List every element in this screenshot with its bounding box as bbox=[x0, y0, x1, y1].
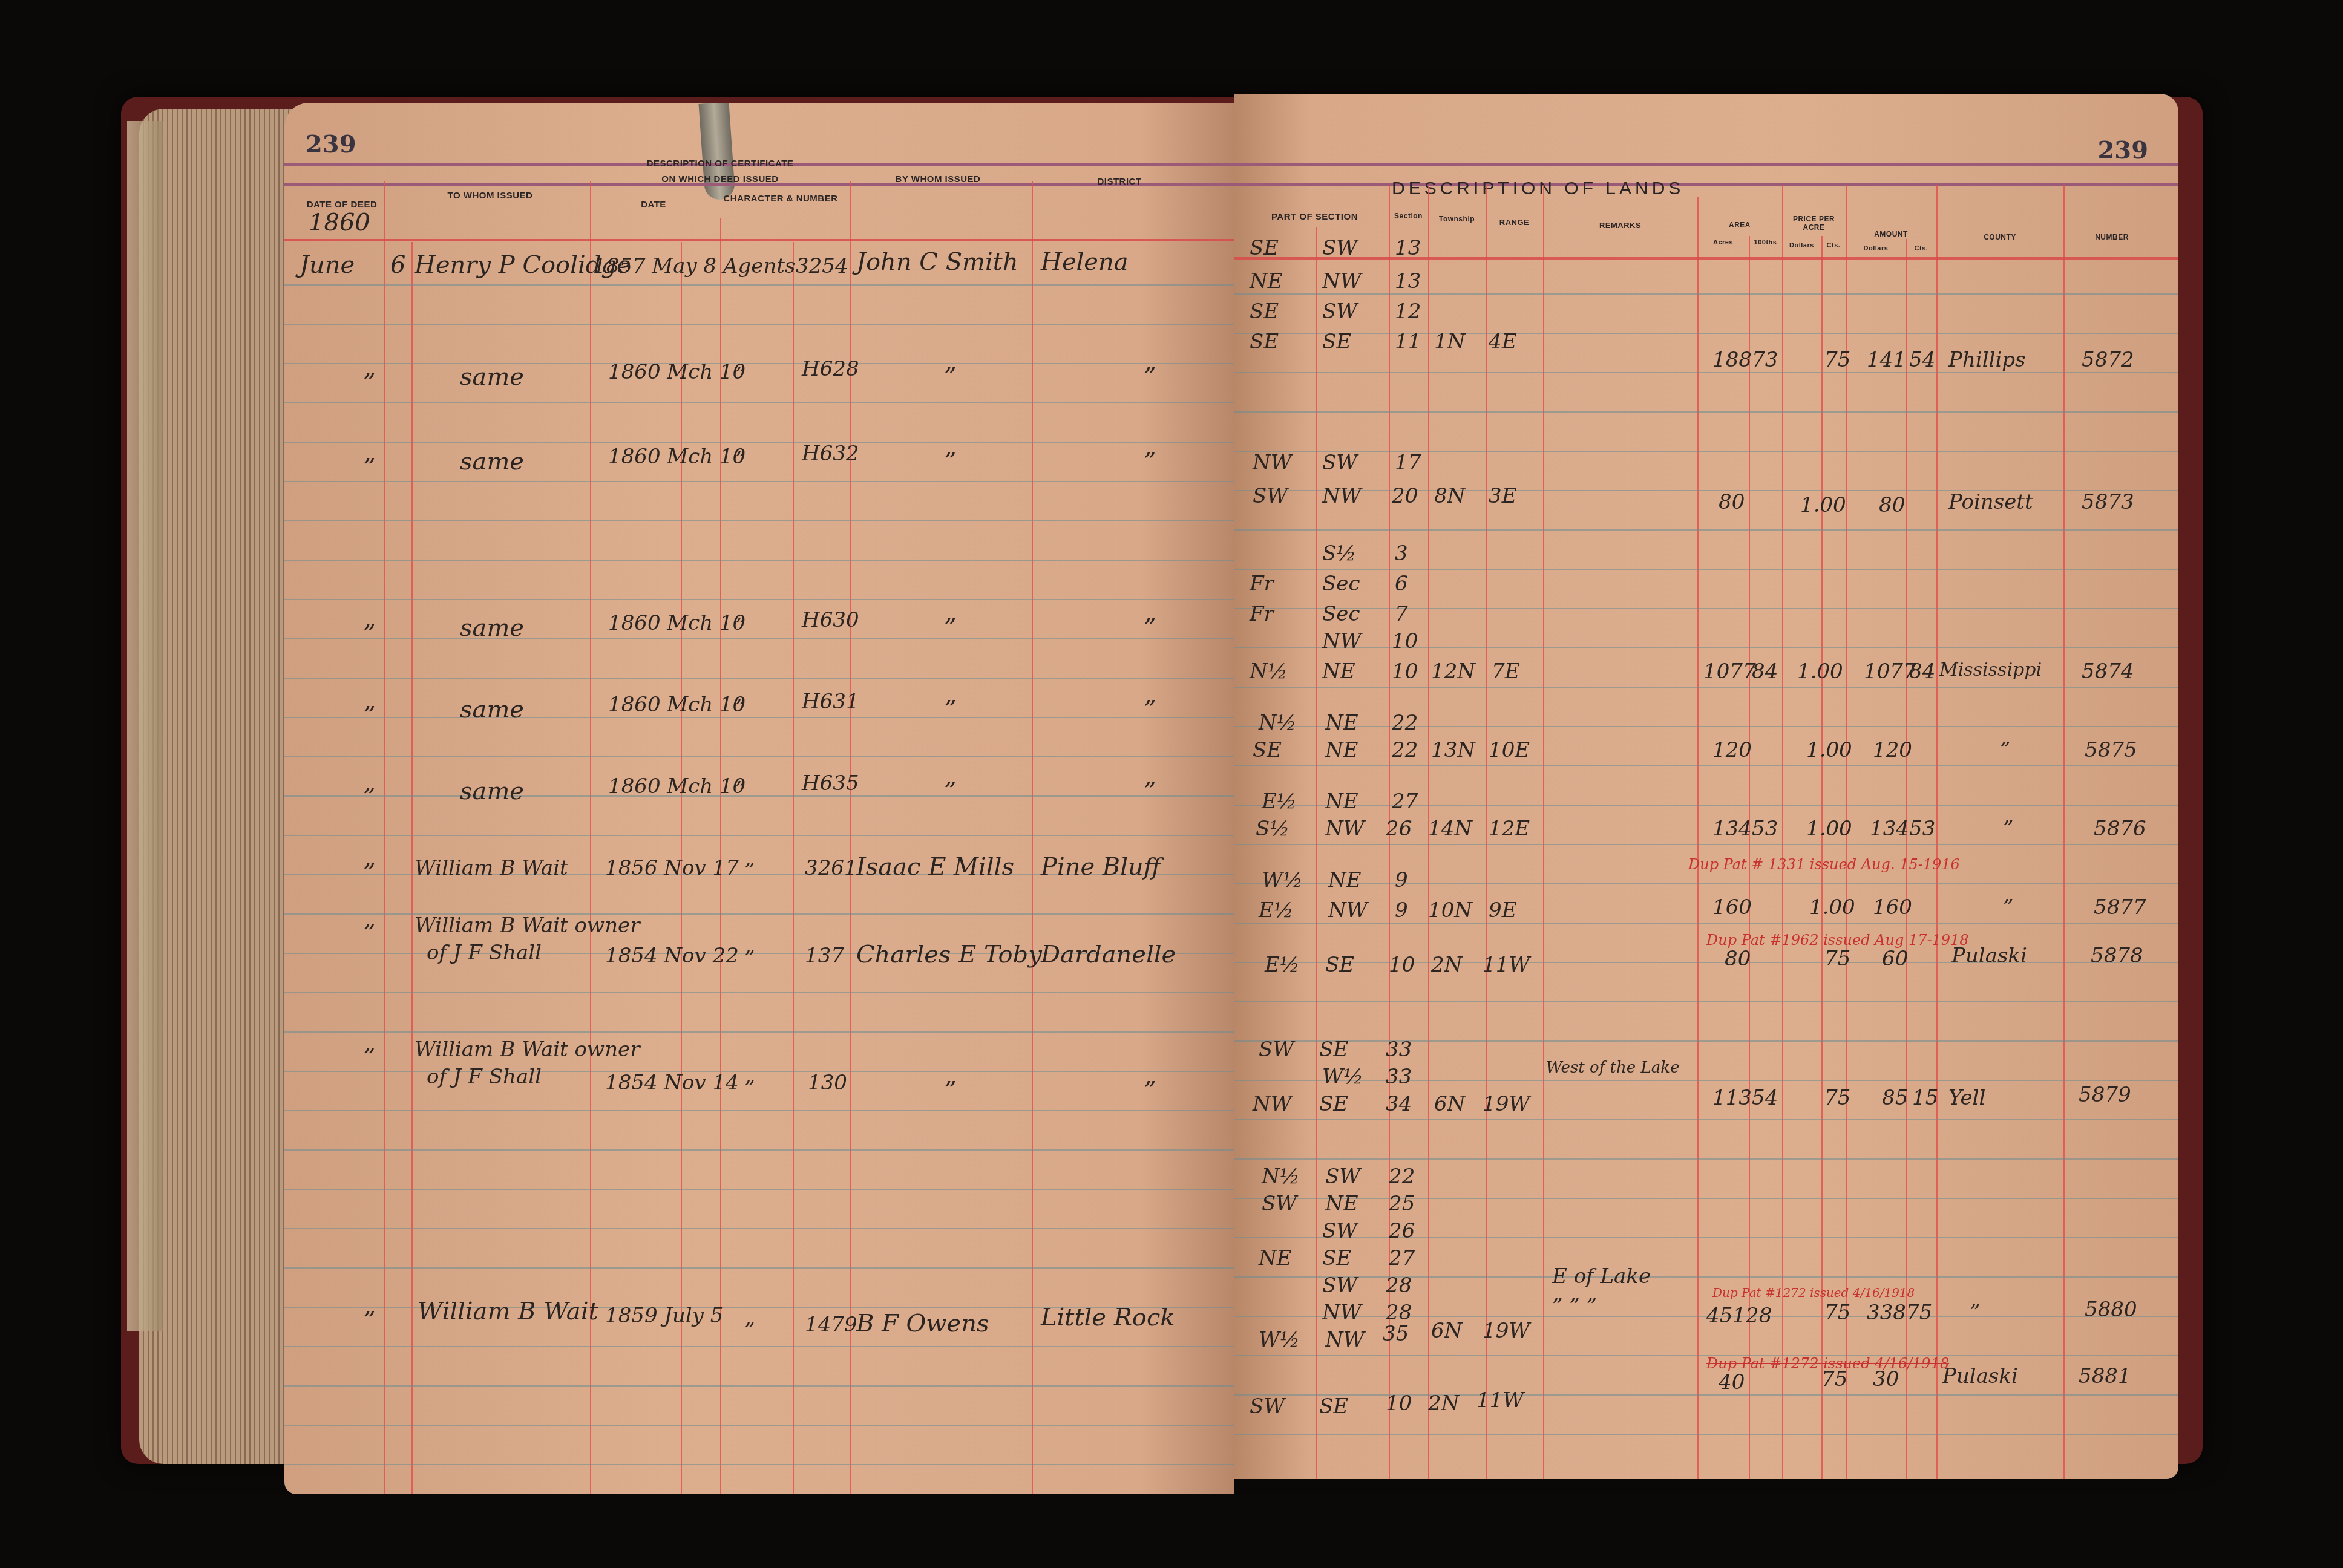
ledger-cell-text: 75 bbox=[1821, 1367, 1847, 1391]
ledger-cell-text: 1.00 bbox=[1809, 895, 1855, 920]
ledger-cell-text: 85 bbox=[1882, 1086, 1908, 1110]
ledger-cell-text: Charles E Toby bbox=[856, 941, 1042, 969]
header-area: AREA bbox=[1697, 221, 1782, 229]
page-number-left: 239 bbox=[306, 130, 356, 158]
ledger-cell-text: 188 bbox=[1712, 348, 1752, 372]
ledger-cell-text: 8N bbox=[1434, 484, 1465, 508]
row-rule bbox=[284, 638, 1234, 639]
ledger-cell-text: 80 bbox=[1879, 493, 1905, 517]
right-page: 239 DESCRIPTION OF LANDS PART OF SECTION… bbox=[1234, 94, 2178, 1479]
header-cert-date: DATE bbox=[593, 200, 714, 210]
header-remarks: REMARKS bbox=[1543, 221, 1697, 230]
ledger-cell-text: ” bbox=[363, 859, 375, 887]
ledger-cell-text: 160 bbox=[1873, 895, 1912, 920]
ledger-cell-text: Agents bbox=[723, 254, 795, 278]
ledger-cell-text: 3E bbox=[1489, 484, 1516, 508]
ledger-cell-text: 12 bbox=[1395, 299, 1421, 324]
ledger-cell-text: H632 bbox=[802, 442, 859, 466]
ledger-cell-text: 1.00 bbox=[1806, 817, 1852, 841]
ledger-cell-text: 3 bbox=[1395, 541, 1408, 566]
ledger-cell-text: 27 bbox=[1392, 789, 1418, 814]
ledger-cell-text: ” bbox=[944, 614, 956, 642]
ledger-cell-text: N½ bbox=[1259, 711, 1297, 735]
ledger-cell-text: SE bbox=[1253, 738, 1282, 762]
ledger-cell-text: 53 bbox=[1909, 817, 1935, 841]
row-rule bbox=[1234, 529, 2178, 531]
ledger-cell-text: ” bbox=[1144, 448, 1156, 475]
ledger-cell-text: 10 bbox=[1392, 629, 1418, 653]
ledger-cell-text: William B Wait owner bbox=[415, 913, 640, 938]
ledger-cell-text: 1860 Mch 10 bbox=[608, 611, 745, 635]
ledger-cell-text: 1077 bbox=[1864, 659, 1916, 684]
ledger-cell-text: ” bbox=[735, 448, 745, 472]
ledger-cell-text: SW bbox=[1322, 1219, 1357, 1243]
ledger-cell-text: William B Wait owner bbox=[415, 1037, 640, 1062]
ledger-cell-text: NE bbox=[1325, 789, 1358, 814]
header-range: RANGE bbox=[1486, 218, 1543, 227]
ledger-cell-text: William B Wait bbox=[415, 856, 568, 880]
ledger-cell-text: ” bbox=[363, 454, 375, 482]
ledger-cell-text: 53 bbox=[1752, 817, 1778, 841]
ledger-cell-text: same bbox=[460, 448, 524, 475]
land-row: Dup Pat #1962 issued Aug 17-1918 E½SE10 … bbox=[1234, 953, 2178, 989]
header-band bbox=[1234, 163, 2178, 186]
ledger-cell-text: 3261 bbox=[805, 856, 857, 880]
row-rule bbox=[284, 1189, 1234, 1190]
ledger-cell-text: 1.00 bbox=[1806, 738, 1852, 762]
ledger-cell-text: 22 bbox=[1392, 738, 1418, 762]
ledger-cell-text: ” bbox=[363, 702, 375, 730]
torn-page-edges bbox=[127, 121, 163, 1331]
row-rule bbox=[284, 284, 1234, 286]
ledger-cell-text: ” bbox=[1144, 614, 1156, 642]
ledger-cell-text: B F Owens bbox=[856, 1310, 989, 1338]
ledger-cell-text: S½ bbox=[1256, 817, 1289, 841]
ledger-cell-text: 1856 Nov 17 bbox=[605, 856, 739, 880]
ledger-cell-text: 5881 bbox=[2079, 1364, 2131, 1388]
ledger-cell-text: 75 bbox=[1824, 947, 1850, 971]
ledger-cell-text: 80 bbox=[1725, 947, 1751, 971]
row-rule bbox=[284, 717, 1234, 718]
ledger-cell-text: 11 bbox=[1395, 330, 1421, 354]
ledger-cell-text: 4E bbox=[1489, 330, 1516, 354]
row-rule bbox=[284, 363, 1234, 364]
ledger-cell-text: S½ bbox=[1322, 541, 1356, 566]
ledger-cell-text: ” bbox=[363, 620, 375, 648]
ledger-cell-text: 338 bbox=[1867, 1301, 1906, 1325]
ledger-cell-text: W½ bbox=[1322, 1065, 1363, 1089]
header-district: DISTRICT bbox=[1029, 177, 1210, 187]
row-rule bbox=[284, 992, 1234, 993]
ledger-cell-text: 3254 bbox=[796, 254, 848, 278]
land-row: NWSW17 bbox=[1234, 451, 2178, 487]
ledger-cell-text: 7E bbox=[1492, 659, 1519, 684]
header-underline bbox=[284, 239, 1234, 241]
ledger-cell-text: 10 bbox=[1392, 659, 1418, 684]
ledger-cell-text: 75 bbox=[1824, 348, 1850, 372]
ledger-cell-text: 1857 May 8 bbox=[593, 254, 716, 278]
ledger-cell-text: Pulaski bbox=[1951, 944, 2027, 968]
ledger-cell-text: ” bbox=[735, 363, 745, 387]
land-row: SENE22 13N10E 1201.00 120 ”5875 bbox=[1234, 738, 2178, 774]
ledger-cell-text: ” bbox=[944, 696, 956, 724]
column-rule bbox=[384, 181, 385, 1494]
ledger-cell-text: NE bbox=[1259, 1246, 1292, 1270]
row-rule bbox=[284, 520, 1234, 521]
row-rule bbox=[284, 1149, 1234, 1151]
ledger-cell-text: 28 bbox=[1746, 1304, 1772, 1328]
ledger-cell-text: 22 bbox=[1389, 1165, 1415, 1189]
ledger-cell-text: SE bbox=[1250, 330, 1279, 354]
page-edges-stack bbox=[139, 109, 303, 1464]
ledger-cell-text: N½ bbox=[1262, 1165, 1300, 1189]
ledger-cell-text: 13 bbox=[1395, 269, 1421, 293]
ledger-cell-text: 26 bbox=[1386, 817, 1412, 841]
ledger-cell-text: E of Lake bbox=[1552, 1264, 1651, 1289]
ledger-cell-text: 25 bbox=[1389, 1192, 1415, 1216]
section-title: DESCRIPTION OF LANDS bbox=[1392, 178, 1684, 199]
ledger-cell-text: ” bbox=[1144, 777, 1156, 805]
ledger-cell-text: 19W bbox=[1483, 1092, 1530, 1116]
ledger-cell-text: Pulaski bbox=[1942, 1364, 2018, 1388]
ledger-cell-text: ” bbox=[735, 777, 745, 802]
ledger-cell-text: ” bbox=[363, 369, 375, 397]
ledger-cell-text: ” bbox=[744, 859, 755, 883]
ledger-cell-text: Fr bbox=[1250, 602, 1274, 626]
header-character-number: CHARACTER & NUMBER bbox=[714, 194, 847, 204]
ledger-cell-text: 28 bbox=[1386, 1273, 1412, 1298]
ledger-cell-text: ” bbox=[944, 448, 956, 475]
ledger-cell-text: 130 bbox=[808, 1071, 847, 1095]
header-price-per-acre: PRICE PER ACRE bbox=[1782, 215, 1846, 232]
ledger-cell-text: of J F Shall bbox=[427, 1065, 542, 1089]
header-certificate: DESCRIPTION OF CERTIFICATE bbox=[593, 158, 847, 169]
ledger-cell-text: E½ bbox=[1259, 898, 1294, 923]
ledger-cell-text: 1860 Mch 10 bbox=[608, 445, 745, 469]
ledger-cell-text: NW bbox=[1322, 629, 1362, 653]
row-rule bbox=[284, 560, 1234, 561]
ledger-cell-text: 451 bbox=[1706, 1304, 1746, 1328]
ledger-cell-text: ” bbox=[735, 696, 745, 720]
row-rule bbox=[284, 678, 1234, 679]
ledger-cell-text: 10E bbox=[1489, 738, 1530, 762]
ledger-cell-text: SE bbox=[1250, 236, 1279, 260]
ledger-cell-text: 6 bbox=[390, 251, 405, 279]
row-rule bbox=[284, 324, 1234, 325]
ledger-cell-text: NW bbox=[1322, 1301, 1362, 1325]
ledger-cell-text: SE bbox=[1325, 953, 1354, 977]
ledger-cell-text: 1860 Mch 10 bbox=[608, 774, 745, 799]
ledger-cell-text: 7 bbox=[1395, 602, 1408, 626]
ledger-cell-text: 1.00 bbox=[1800, 493, 1846, 517]
ledger-cell-text: SW bbox=[1322, 451, 1357, 475]
duplicate-patent-note: Dup Pat # 1331 issued Aug. 15-1916 bbox=[1688, 856, 1960, 873]
ledger-cell-text: 17 bbox=[1395, 451, 1421, 475]
ledger-cell-text: 2N bbox=[1428, 1391, 1459, 1416]
ledger-cell-text: 75 bbox=[1906, 1301, 1932, 1325]
row-rule bbox=[284, 1346, 1234, 1347]
ledger-cell-text: ” bbox=[1970, 1301, 1980, 1325]
ledger-cell-text: Sec bbox=[1322, 602, 1360, 626]
ledger-cell-text: 20 bbox=[1392, 484, 1418, 508]
ledger-cell-text: 5874 bbox=[2082, 659, 2134, 684]
ledger-cell-text: SE bbox=[1250, 299, 1279, 324]
ledger-cell-text: 134 bbox=[1712, 817, 1752, 841]
ledger-cell-text: 75 bbox=[1824, 1086, 1850, 1110]
ledger-cell-text: 134 bbox=[1870, 817, 1909, 841]
ledger-cell-text: 15 bbox=[1912, 1086, 1938, 1110]
row-rule bbox=[284, 402, 1234, 403]
ledger-cell-text: Helena bbox=[1041, 248, 1129, 276]
left-page: 239 DATE OF DEED TO WHOM ISSUED DESCRIPT… bbox=[284, 103, 1234, 1494]
header-by-whom-issued: BY WHOM ISSUED bbox=[847, 174, 1029, 185]
ledger-cell-text: H628 bbox=[802, 357, 859, 381]
ledger-cell-text: ” bbox=[944, 1077, 956, 1105]
ledger-cell-text: 28 bbox=[1386, 1301, 1412, 1325]
ledger-cell-text: 1860 Mch 10 bbox=[608, 693, 745, 717]
ledger-cell-text: E½ bbox=[1265, 953, 1300, 977]
ledger-cell-text: 6N bbox=[1431, 1319, 1462, 1343]
land-row: SESW13 bbox=[1234, 236, 2178, 272]
ledger-cell-text: NW bbox=[1253, 1092, 1292, 1116]
row-rule bbox=[284, 599, 1234, 600]
ledger-cell-text: NE bbox=[1325, 711, 1358, 735]
ledger-cell-text: 22 bbox=[1392, 711, 1418, 735]
land-row: SESE11 1N4E 18873 75 14154 Phillips5872 bbox=[1234, 330, 2178, 378]
ledger-cell-text: same bbox=[460, 696, 524, 724]
row-rule bbox=[284, 1464, 1234, 1465]
ledger-cell-text: NW bbox=[1328, 898, 1368, 923]
ledger-cell-text: NE bbox=[1322, 659, 1355, 684]
ledger-cell-text: ” bbox=[1144, 1077, 1156, 1105]
ledger-cell-text: 84 bbox=[1909, 659, 1935, 684]
column-rule bbox=[1032, 181, 1033, 1494]
ledger-cell-text: NW bbox=[1322, 484, 1362, 508]
ledger-cell-text: 113 bbox=[1712, 1086, 1752, 1110]
duplicate-patent-note: Dup Pat #1272 issued 4/16/1918 bbox=[1712, 1285, 1915, 1300]
row-rule bbox=[1234, 1001, 2178, 1002]
ledger-cell-text: ” bbox=[744, 1319, 755, 1343]
ledger-cell-text: ” bbox=[363, 1307, 375, 1334]
ledger-cell-text: 1479 bbox=[805, 1313, 857, 1337]
row-rule bbox=[284, 1385, 1234, 1387]
ledger-cell-text: SW bbox=[1322, 299, 1357, 324]
ledger-cell-text: Yell bbox=[1948, 1086, 1985, 1110]
ledger-cell-text: NW bbox=[1325, 1328, 1365, 1352]
ledger-cell-text: 54 bbox=[1752, 1086, 1778, 1110]
ledger-cell-text: NE bbox=[1328, 868, 1362, 892]
ledger-cell-text: 34 bbox=[1386, 1092, 1412, 1116]
ledger-cell-text: 26 bbox=[1389, 1219, 1415, 1243]
ledger-cell-text: ” bbox=[735, 614, 745, 638]
ledger-cell-text: 9 bbox=[1395, 898, 1408, 923]
row-rule bbox=[284, 1267, 1234, 1269]
land-row: E½NW9 10N9E 1601.00 160 ”5877 bbox=[1234, 898, 2178, 935]
ledger-cell-text: of J F Shall bbox=[427, 941, 542, 965]
ledger-cell-text: ” bbox=[944, 363, 956, 391]
ledger-cell-text: 9 bbox=[1395, 868, 1408, 892]
ledger-cell-text: 35 bbox=[1383, 1322, 1409, 1346]
ledger-cell-text: 14N bbox=[1428, 817, 1472, 841]
ledger-cell-text: Sec bbox=[1322, 572, 1360, 596]
row-rule bbox=[1234, 1158, 2178, 1160]
header-part-of-section: PART OF SECTION bbox=[1240, 212, 1389, 222]
ledger-cell-text: 60 bbox=[1882, 947, 1908, 971]
ledger-cell-text: NW bbox=[1253, 451, 1292, 475]
ledger-cell-text: Poinsett bbox=[1948, 490, 2033, 514]
header-certificate-sub: ON WHICH DEED ISSUED bbox=[593, 174, 847, 185]
ledger-cell-text: ” bbox=[944, 777, 956, 805]
ledger-cell-text: 11W bbox=[1483, 953, 1530, 977]
ledger-cell-text: Fr bbox=[1250, 572, 1274, 596]
ledger-cell-text: 6 bbox=[1395, 572, 1408, 596]
ledger-cell-text: 160 bbox=[1712, 895, 1752, 920]
ledger-cell-text: 1077 bbox=[1703, 659, 1756, 684]
ledger-cell-text: June bbox=[300, 251, 355, 279]
ledger-cell-text: ” bbox=[2003, 895, 2013, 920]
ledger-cell-text: 1N bbox=[1434, 330, 1465, 354]
ledger-cell-text: 5876 bbox=[2094, 817, 2146, 841]
ledger-cell-text: E½ bbox=[1262, 789, 1297, 814]
ledger-cell-text: Dardanelle bbox=[1041, 941, 1176, 969]
ledger-cell-text: 5878 bbox=[2091, 944, 2143, 968]
ledger-cell-text: 10N bbox=[1428, 898, 1472, 923]
ledger-cell-text: SW bbox=[1262, 1192, 1297, 1216]
ledger-cell-text: ” ” ” bbox=[1552, 1295, 1597, 1319]
header-to-whom-issued: TO WHOM ISSUED bbox=[387, 191, 593, 201]
duplicate-patent-note: Dup Pat #1962 issued Aug 17-1918 bbox=[1706, 932, 1969, 949]
ledger-cell-text: 80 bbox=[1719, 490, 1745, 514]
row-rule bbox=[284, 756, 1234, 757]
ledger-cell-text: 13 bbox=[1395, 236, 1421, 260]
ledger-cell-text: 120 bbox=[1712, 738, 1752, 762]
page-number-right: 239 bbox=[2098, 136, 2149, 165]
ledger-cell-text: SW bbox=[1322, 236, 1357, 260]
ledger-cell-text: Little Rock bbox=[1041, 1304, 1175, 1331]
ledger-cell-text: H631 bbox=[802, 690, 859, 714]
land-row: NWSE34 6N19W 11354 75 8515 Yell5879 bbox=[1234, 1092, 2178, 1128]
ledger-cell-text: 5873 bbox=[2082, 490, 2134, 514]
ledger-cell-text: 120 bbox=[1873, 738, 1912, 762]
ledger-cell-text: 33 bbox=[1386, 1065, 1412, 1089]
ledger-cell-text: SE bbox=[1319, 1092, 1348, 1116]
ledger-cell-text: 1854 Nov 22 bbox=[605, 944, 739, 968]
row-rule bbox=[284, 442, 1234, 443]
ledger-cell-text: 137 bbox=[805, 944, 844, 968]
ledger-cell-text: John C Smith bbox=[856, 248, 1018, 276]
ledger-cell-text: NE bbox=[1325, 1192, 1358, 1216]
row-rule bbox=[1234, 1394, 2178, 1396]
ledger-cell-text: 11W bbox=[1476, 1388, 1524, 1413]
ledger-cell-text: 75 bbox=[1824, 1301, 1850, 1325]
ledger-cell-text: SW bbox=[1322, 1273, 1357, 1298]
ledger-cell-text: 141 bbox=[1867, 348, 1906, 372]
ledger-cell-text: H630 bbox=[802, 608, 859, 632]
ledger-cell-text: 73 bbox=[1752, 348, 1778, 372]
ledger-cell-text: same bbox=[460, 363, 524, 391]
row-rule bbox=[284, 1031, 1234, 1033]
ledger-cell-text: H635 bbox=[802, 771, 859, 795]
deed-year: 1860 bbox=[309, 209, 370, 237]
row-rule bbox=[284, 1110, 1234, 1111]
ledger-cell-text: ” bbox=[2003, 817, 2013, 841]
row-rule bbox=[284, 481, 1234, 482]
row-rule bbox=[284, 1425, 1234, 1426]
ledger-cell-text: 2N bbox=[1431, 953, 1462, 977]
row-rule bbox=[1234, 411, 2178, 413]
ledger-cell-text: 5879 bbox=[2079, 1083, 2131, 1107]
ledger-cell-text: W½ bbox=[1262, 868, 1303, 892]
ledger-cell-text: SW bbox=[1250, 1394, 1285, 1419]
ledger-cell-text: 40 bbox=[1719, 1370, 1745, 1394]
header-section: Section bbox=[1389, 212, 1428, 220]
ledger-cell-text: 5877 bbox=[2094, 895, 2146, 920]
ledger-cell-text: 19W bbox=[1483, 1319, 1530, 1343]
ledger-cell-text: 5875 bbox=[2085, 738, 2137, 762]
ledger-cell-text: NE bbox=[1250, 269, 1283, 293]
header-township: Township bbox=[1428, 215, 1486, 223]
ledger-cell-text: SE bbox=[1322, 330, 1351, 354]
ledger-cell-text: 9E bbox=[1489, 898, 1516, 923]
ledger-cell-text: NW bbox=[1325, 817, 1365, 841]
ledger-cell-text: 27 bbox=[1389, 1246, 1415, 1270]
ledger-cell-text: 6N bbox=[1434, 1092, 1465, 1116]
ledger-cell-text: 10 bbox=[1389, 953, 1415, 977]
ledger-cell-text: NE bbox=[1325, 738, 1358, 762]
ledger-cell-text: ” bbox=[363, 1044, 375, 1071]
ledger-cell-text: Pine Bluff bbox=[1041, 853, 1161, 881]
ledger-cell-text: Isaac E Mills bbox=[856, 853, 1014, 881]
ledger-cell-text: W½ bbox=[1259, 1328, 1300, 1352]
ledger-cell-text: ” bbox=[1144, 363, 1156, 391]
ledger-cell-text: same bbox=[460, 777, 524, 805]
row-rule bbox=[284, 1228, 1234, 1229]
ledger-cell-text: ” bbox=[363, 783, 375, 811]
ledger-cell-text: William B Wait bbox=[418, 1298, 598, 1325]
row-rule bbox=[284, 835, 1234, 836]
ledger-cell-text: 5872 bbox=[2082, 348, 2134, 372]
ledger-cell-text: SE bbox=[1322, 1246, 1351, 1270]
ledger-cell-text: 12E bbox=[1489, 817, 1530, 841]
ledger-cell-text: SE bbox=[1319, 1037, 1348, 1062]
ledger-cell-text: SW bbox=[1253, 484, 1288, 508]
ledger-cell-text: 12N bbox=[1431, 659, 1475, 684]
ledger-cell-text: 33 bbox=[1386, 1037, 1412, 1062]
ledger-cell-text: 54 bbox=[1909, 348, 1935, 372]
land-row: S½NW26 14N12E 13453 1.00 13453 ”5876 bbox=[1234, 817, 2178, 853]
row-rule bbox=[284, 795, 1234, 797]
ledger-cell-text: ” bbox=[363, 920, 375, 947]
ledger-cell-text: same bbox=[460, 614, 524, 642]
ledger-cell-text: 5880 bbox=[2085, 1298, 2137, 1322]
ledger-cell-text: 84 bbox=[1752, 659, 1778, 684]
ledger-cell-text: SE bbox=[1319, 1394, 1348, 1419]
ledger-cell-text: ” bbox=[744, 947, 755, 971]
ledger-cell-text: Mississippi bbox=[1939, 659, 2042, 681]
ledger-cell-text: 1859 July 5 bbox=[605, 1304, 723, 1328]
ledger-cell-text: ” bbox=[1144, 696, 1156, 724]
land-row: Dup Pat #1272 issued 4/16/1918 SWSE10 2N… bbox=[1234, 1403, 2178, 1440]
land-row: SWNW20 8N3E 801.00 80 Poinsett5873 bbox=[1234, 484, 2178, 520]
land-row: N½NE10 12N7E 107784 1.00 107784 Mississi… bbox=[1234, 659, 2178, 696]
ledger-cell-text: 1854 Nov 14 bbox=[605, 1071, 739, 1095]
ledger-cell-text: ” bbox=[2000, 738, 2010, 762]
ledger-cell-text: 13N bbox=[1431, 738, 1475, 762]
ledger-cell-text: 10 bbox=[1386, 1391, 1412, 1416]
ledger-cell-text: NW bbox=[1322, 269, 1362, 293]
ledger-cell-text: 1860 Mch 10 bbox=[608, 360, 745, 384]
ledger-cell-text: 1.00 bbox=[1797, 659, 1843, 684]
